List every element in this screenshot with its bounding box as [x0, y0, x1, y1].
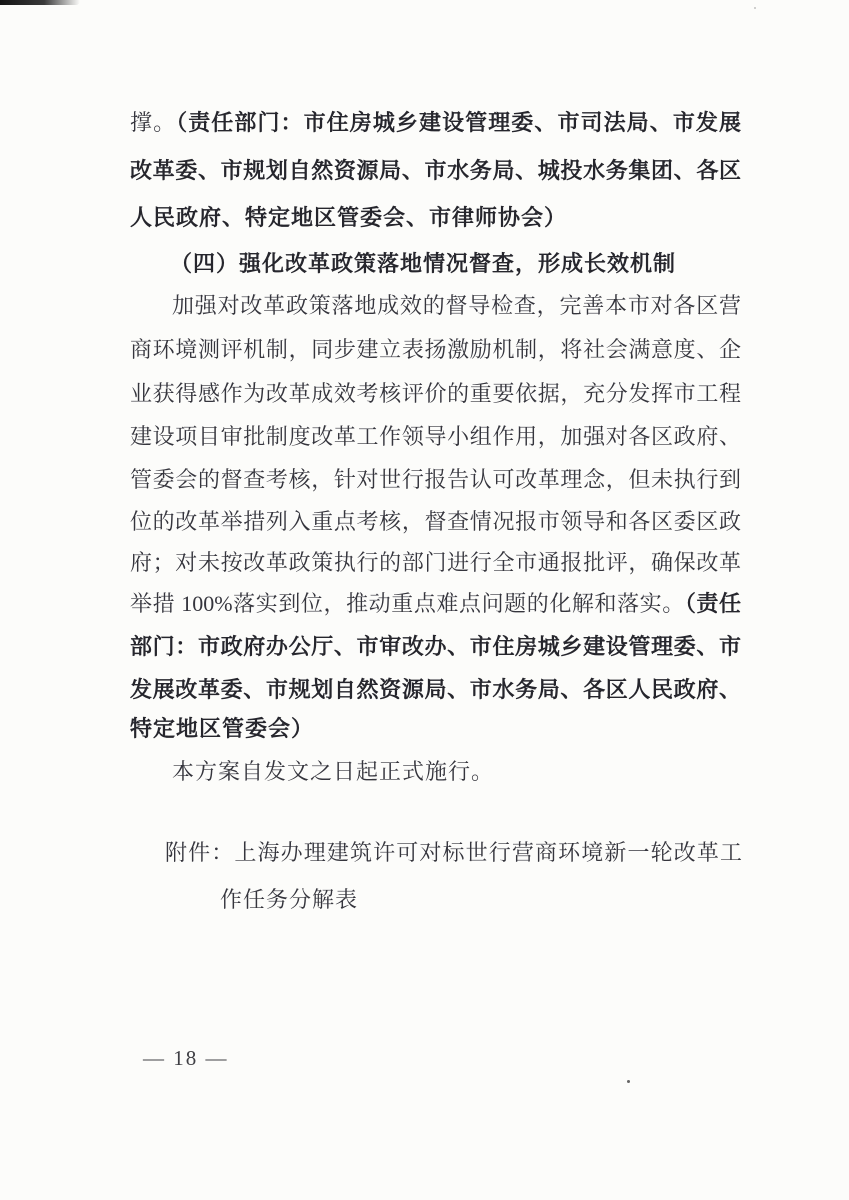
text-segment: 本方案自发文之日起正式施行。 — [172, 759, 494, 784]
text-line: 附件：上海办理建筑许可对标世行营商环境新一轮改革工 — [165, 839, 742, 869]
text-segment: 位的改革举措列入重点考核，督查情况报市领导和各区委区政 — [130, 509, 741, 534]
bold-text-segment: 发展改革委、市规划自然资源局、市水务局、各区人民政府、 — [130, 677, 741, 702]
text-segment: 建设项目审批制度改革工作领导小组作用，加强对各区政府、 — [130, 424, 741, 449]
text-line: 管委会的督查考核，针对世行报告认可改革理念，但未执行到 — [130, 466, 741, 496]
bold-text-segment: （四）强化改革政策落地情况督查，形成长效机制 — [170, 251, 676, 276]
text-segment: 商环境测评机制，同步建立表扬激励机制，将社会满意度、企 — [130, 337, 741, 362]
text-line: 撑。（责任部门：市住房城乡建设管理委、市司法局、市发展 — [130, 109, 741, 139]
scan-artifact-speck — [627, 1080, 630, 1083]
text-line: 商环境测评机制，同步建立表扬激励机制，将社会满意度、企 — [130, 336, 741, 366]
text-line: 加强对改革政策落地成效的督导检查，完善本市对各区营 — [172, 292, 741, 322]
text-line: 举措 100%落实到位，推动重点难点问题的化解和落实。（责任 — [130, 590, 741, 620]
document-page: 撑。（责任部门：市住房城乡建设管理委、市司法局、市发展改革委、市规划自然资源局、… — [0, 0, 849, 1200]
text-segment: 撑。 — [130, 110, 176, 135]
text-segment: 业获得感作为改革成效考核评价的重要依据，充分发挥市工程 — [130, 381, 741, 406]
bold-text-segment: （责任 — [685, 591, 741, 616]
text-line: 特定地区管委会） — [130, 715, 314, 745]
text-segment: 加强对改革政策落地成效的督导检查，完善本市对各区营 — [172, 293, 741, 318]
bold-text-segment: 部门：市政府办公厅、市审改办、市住房城乡建设管理委、市 — [130, 634, 741, 659]
text-segment: 管委会的督查考核，针对世行报告认可改革理念，但未执行到 — [130, 467, 741, 492]
text-line: 位的改革举措列入重点考核，督查情况报市领导和各区委区政 — [130, 508, 741, 538]
text-line: 作任务分解表 — [220, 886, 358, 916]
text-line: 府；对未按改革政策执行的部门进行全市通报批评，确保改革 — [130, 549, 741, 579]
text-line: 发展改革委、市规划自然资源局、市水务局、各区人民政府、 — [130, 676, 741, 706]
page-number: — 18 — — [143, 1046, 229, 1071]
text-segment: 作任务分解表 — [220, 887, 358, 912]
text-line: 部门：市政府办公厅、市审改办、市住房城乡建设管理委、市 — [130, 633, 741, 663]
bold-text-segment: 改革委、市规划自然资源局、市水务局、城投水务集团、各区 — [130, 158, 741, 183]
scan-artifact-corner-mark — [0, 0, 80, 5]
text-line: 业获得感作为改革成效考核评价的重要依据，充分发挥市工程 — [130, 380, 741, 410]
text-segment: 附件：上海办理建筑许可对标世行营商环境新一轮改革工 — [165, 840, 742, 865]
text-segment: 举措 100%落实到位，推动重点难点问题的化解和落实。 — [130, 591, 685, 616]
text-line: （四）强化改革政策落地情况督查，形成长效机制 — [170, 250, 676, 280]
bold-text-segment: 特定地区管委会） — [130, 716, 314, 741]
text-segment: 府；对未按改革政策执行的部门进行全市通报批评，确保改革 — [130, 550, 741, 575]
bold-text-segment: 人民政府、特定地区管委会、市律师协会） — [130, 205, 567, 230]
text-line: 人民政府、特定地区管委会、市律师协会） — [130, 204, 567, 234]
text-line: 建设项目审批制度改革工作领导小组作用，加强对各区政府、 — [130, 423, 741, 453]
text-line: 改革委、市规划自然资源局、市水务局、城投水务集团、各区 — [130, 157, 741, 187]
scan-artifact-speck-top — [754, 7, 756, 9]
text-line: 本方案自发文之日起正式施行。 — [172, 758, 494, 788]
bold-text-segment: （责任部门：市住房城乡建设管理委、市司法局、市发展 — [176, 110, 741, 135]
